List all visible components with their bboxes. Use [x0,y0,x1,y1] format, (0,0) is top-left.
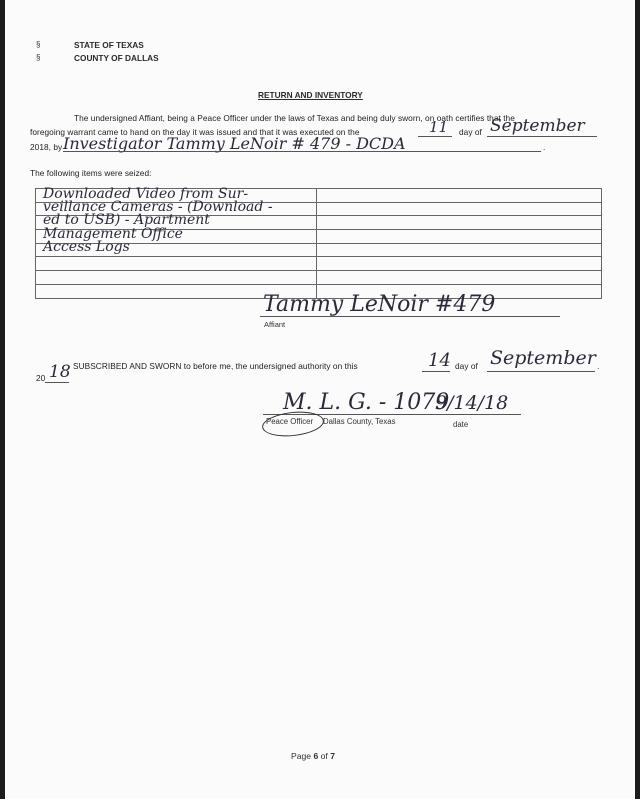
affiant-signature: Tammy LeNoir #479 [263,292,495,317]
inventory-cell-detail [317,271,602,285]
jurat-year-field: 18 [49,362,71,382]
state-heading: STATE OF TEXAS [74,40,144,50]
executed-month-underline [487,136,597,137]
county-heading: COUNTY OF DALLAS [74,53,159,63]
peace-officer-label: Peace Officer [266,417,313,426]
peace-officer-date-field: 9/14/18 [435,392,508,414]
jurat-period: . [597,361,599,371]
jurat-day-of-label: day of [455,361,478,371]
county-label: Dallas County, Texas [323,417,396,426]
items-seized-label: The following items were seized: [30,168,152,178]
of-label: of [321,751,328,761]
affidavit-text-line1: The undersigned Affiant, being a Peace O… [74,113,515,123]
inventory-handwritten-text: Downloaded Video from Sur-veillance Came… [43,188,343,254]
document-page: § STATE OF TEXAS § COUNTY OF DALLAS RETU… [5,0,635,799]
inventory-cell-detail [317,230,602,244]
inventory-cell-detail [317,189,602,203]
executed-day-underline [418,136,452,137]
affiant-signature-line [260,316,560,317]
affiant-label: Affiant [264,320,285,329]
inventory-cell-detail [317,202,602,216]
jurat-day-underline [422,371,450,372]
year-by-label: 2018, by [30,142,62,152]
document-title: RETURN AND INVENTORY [258,90,363,100]
page-total: 7 [330,751,335,761]
inventory-cell-detail [317,257,602,271]
jurat-month-field: September [490,347,596,369]
inventory-row [36,271,602,285]
inventory-row [36,257,602,271]
jurat-year-prefix: 20 [36,373,45,383]
inventory-cell-detail [317,216,602,230]
page-current: 6 [313,751,318,761]
jurat-day-field: 14 [428,350,451,371]
page-number: Page 6 of 7 [291,751,335,761]
section-symbol: § [36,53,40,62]
executed-month-field: September [490,116,585,136]
jurat-year-underline [45,382,69,383]
section-symbol: § [36,40,40,49]
inventory-line: Access Logs [43,241,343,254]
inventory-cell-detail [317,243,602,257]
executed-by-underline [63,151,541,152]
inventory-cell-item [36,257,317,271]
page-label: Page [291,751,311,761]
executed-day-field: 11 [429,118,448,136]
date-label: date [453,420,468,429]
jurat-month-underline [487,371,595,372]
inventory-cell-item [36,271,317,285]
jurat-text: SUBSCRIBED AND SWORN to before me, the u… [73,361,358,371]
period: . [543,142,545,152]
day-of-label: day of [459,127,482,137]
